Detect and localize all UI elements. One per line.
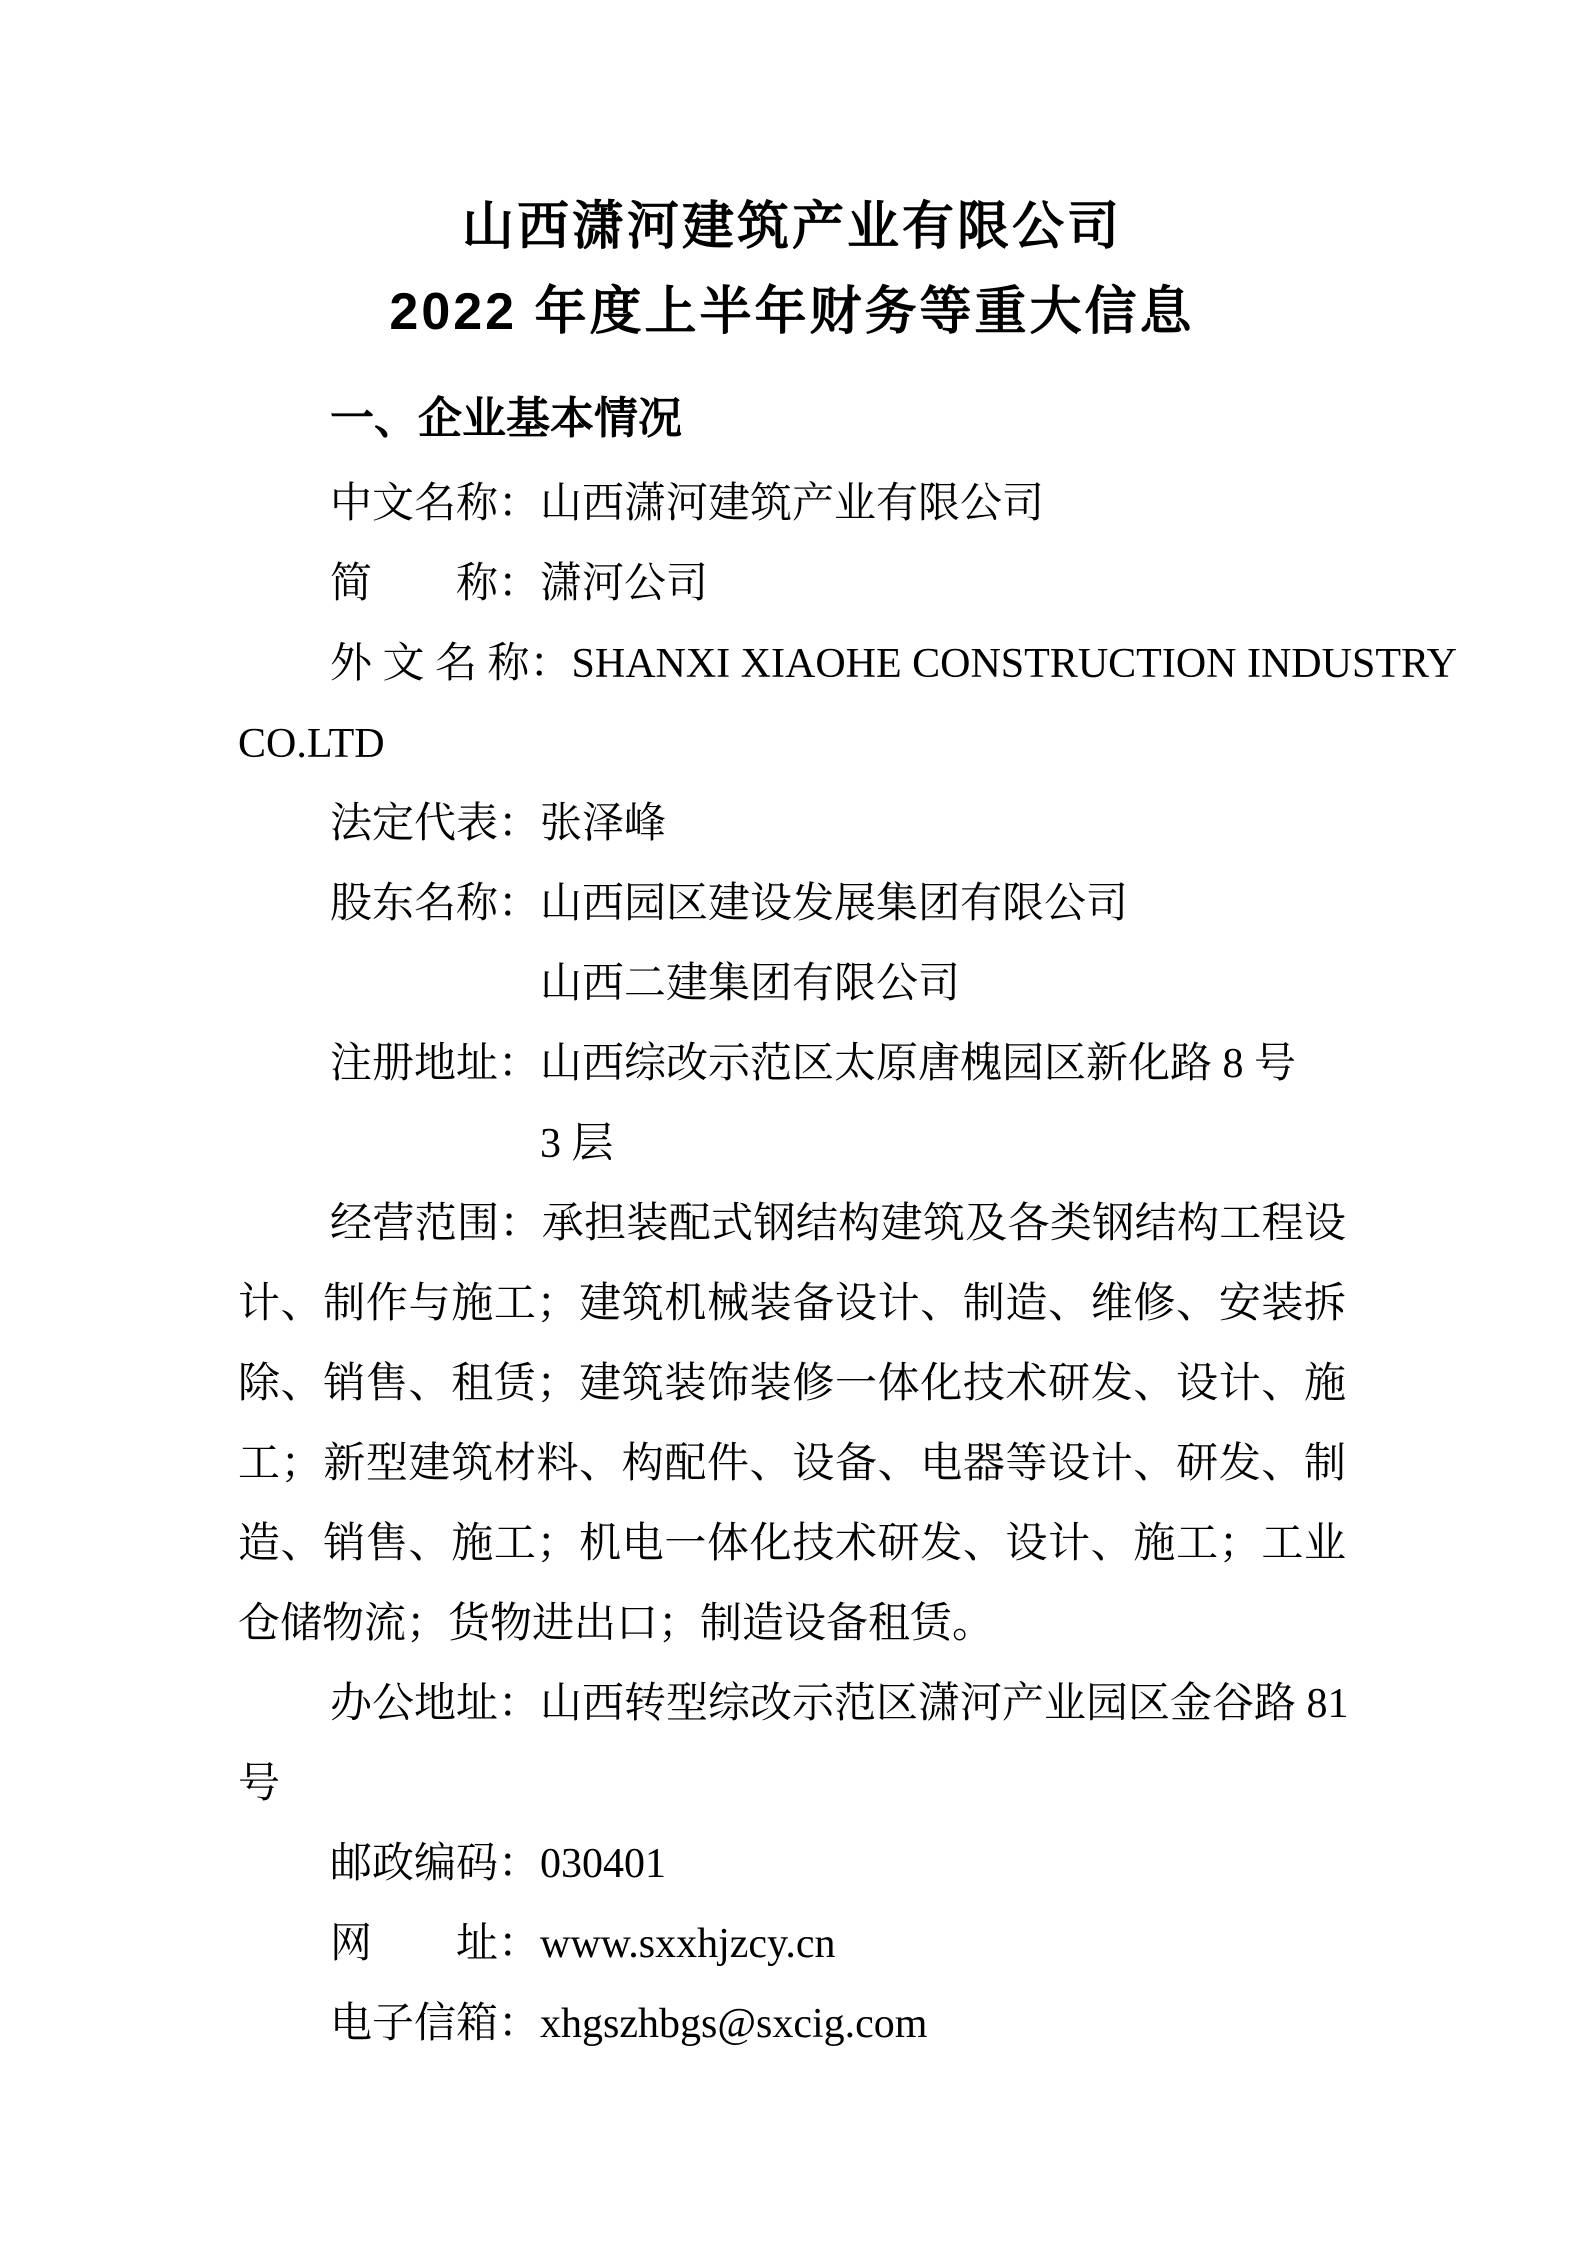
- field-short-name: 简 称：潇河公司: [238, 544, 1346, 624]
- field-office-address-cont: 号: [238, 1744, 1346, 1824]
- field-office-address: 办公地址：山西转型综改示范区潇河产业园区金谷路 81: [238, 1664, 1346, 1744]
- field-foreign-name: 外 文 名 称：SHANXI XIAOHE CONSTRUCTION INDUS…: [238, 624, 1346, 704]
- section-heading: 一、企业基本情况: [238, 379, 1346, 459]
- field-email: 电子信箱：xhgszhbgs@sxcig.com: [238, 1984, 1346, 2064]
- field-business-scope-cont-4: 造、销售、施工；机电一体化技术研发、设计、施工；工业: [238, 1504, 1346, 1584]
- field-legal-representative: 法定代表：张泽峰: [238, 784, 1346, 864]
- field-business-scope-cont-5: 仓储物流；货物进出口；制造设备租赁。: [238, 1584, 1346, 1664]
- field-foreign-name-cont: CO.LTD: [238, 704, 1346, 784]
- field-shareholder-1: 股东名称：山西园区建设发展集团有限公司: [238, 864, 1346, 944]
- field-business-scope-cont-3: 工；新型建筑材料、构配件、设备、电器等设计、研发、制: [238, 1424, 1346, 1504]
- field-business-scope-cont-2: 除、销售、租赁；建筑装饰装修一体化技术研发、设计、施: [238, 1344, 1346, 1424]
- document-body: 中文名称：山西潇河建筑产业有限公司简 称：潇河公司外 文 名 称：SHANXI …: [238, 464, 1346, 2064]
- document-page: 山西潇河建筑产业有限公司 2022 年度上半年财务等重大信息 一、企业基本情况 …: [0, 0, 1587, 2245]
- field-registered-address-cont: 3 层: [238, 1104, 1346, 1184]
- field-postal-code: 邮政编码：030401: [238, 1824, 1346, 1904]
- field-business-scope: 经营范围：承担装配式钢结构建筑及各类钢结构工程设: [238, 1184, 1346, 1264]
- field-chinese-name: 中文名称：山西潇河建筑产业有限公司: [238, 464, 1346, 544]
- field-website: 网 址：www.sxxhjzcy.cn: [238, 1904, 1346, 1984]
- document-title: 山西潇河建筑产业有限公司 2022 年度上半年财务等重大信息: [238, 185, 1346, 355]
- field-shareholder-2: 山西二建集团有限公司: [238, 944, 1346, 1024]
- document-title-line-2: 2022 年度上半年财务等重大信息: [238, 270, 1346, 355]
- field-business-scope-cont-1: 计、制作与施工；建筑机械装备设计、制造、维修、安装拆: [238, 1264, 1346, 1344]
- field-registered-address: 注册地址：山西综改示范区太原唐槐园区新化路 8 号: [238, 1024, 1346, 1104]
- document-title-line-1: 山西潇河建筑产业有限公司: [238, 185, 1346, 270]
